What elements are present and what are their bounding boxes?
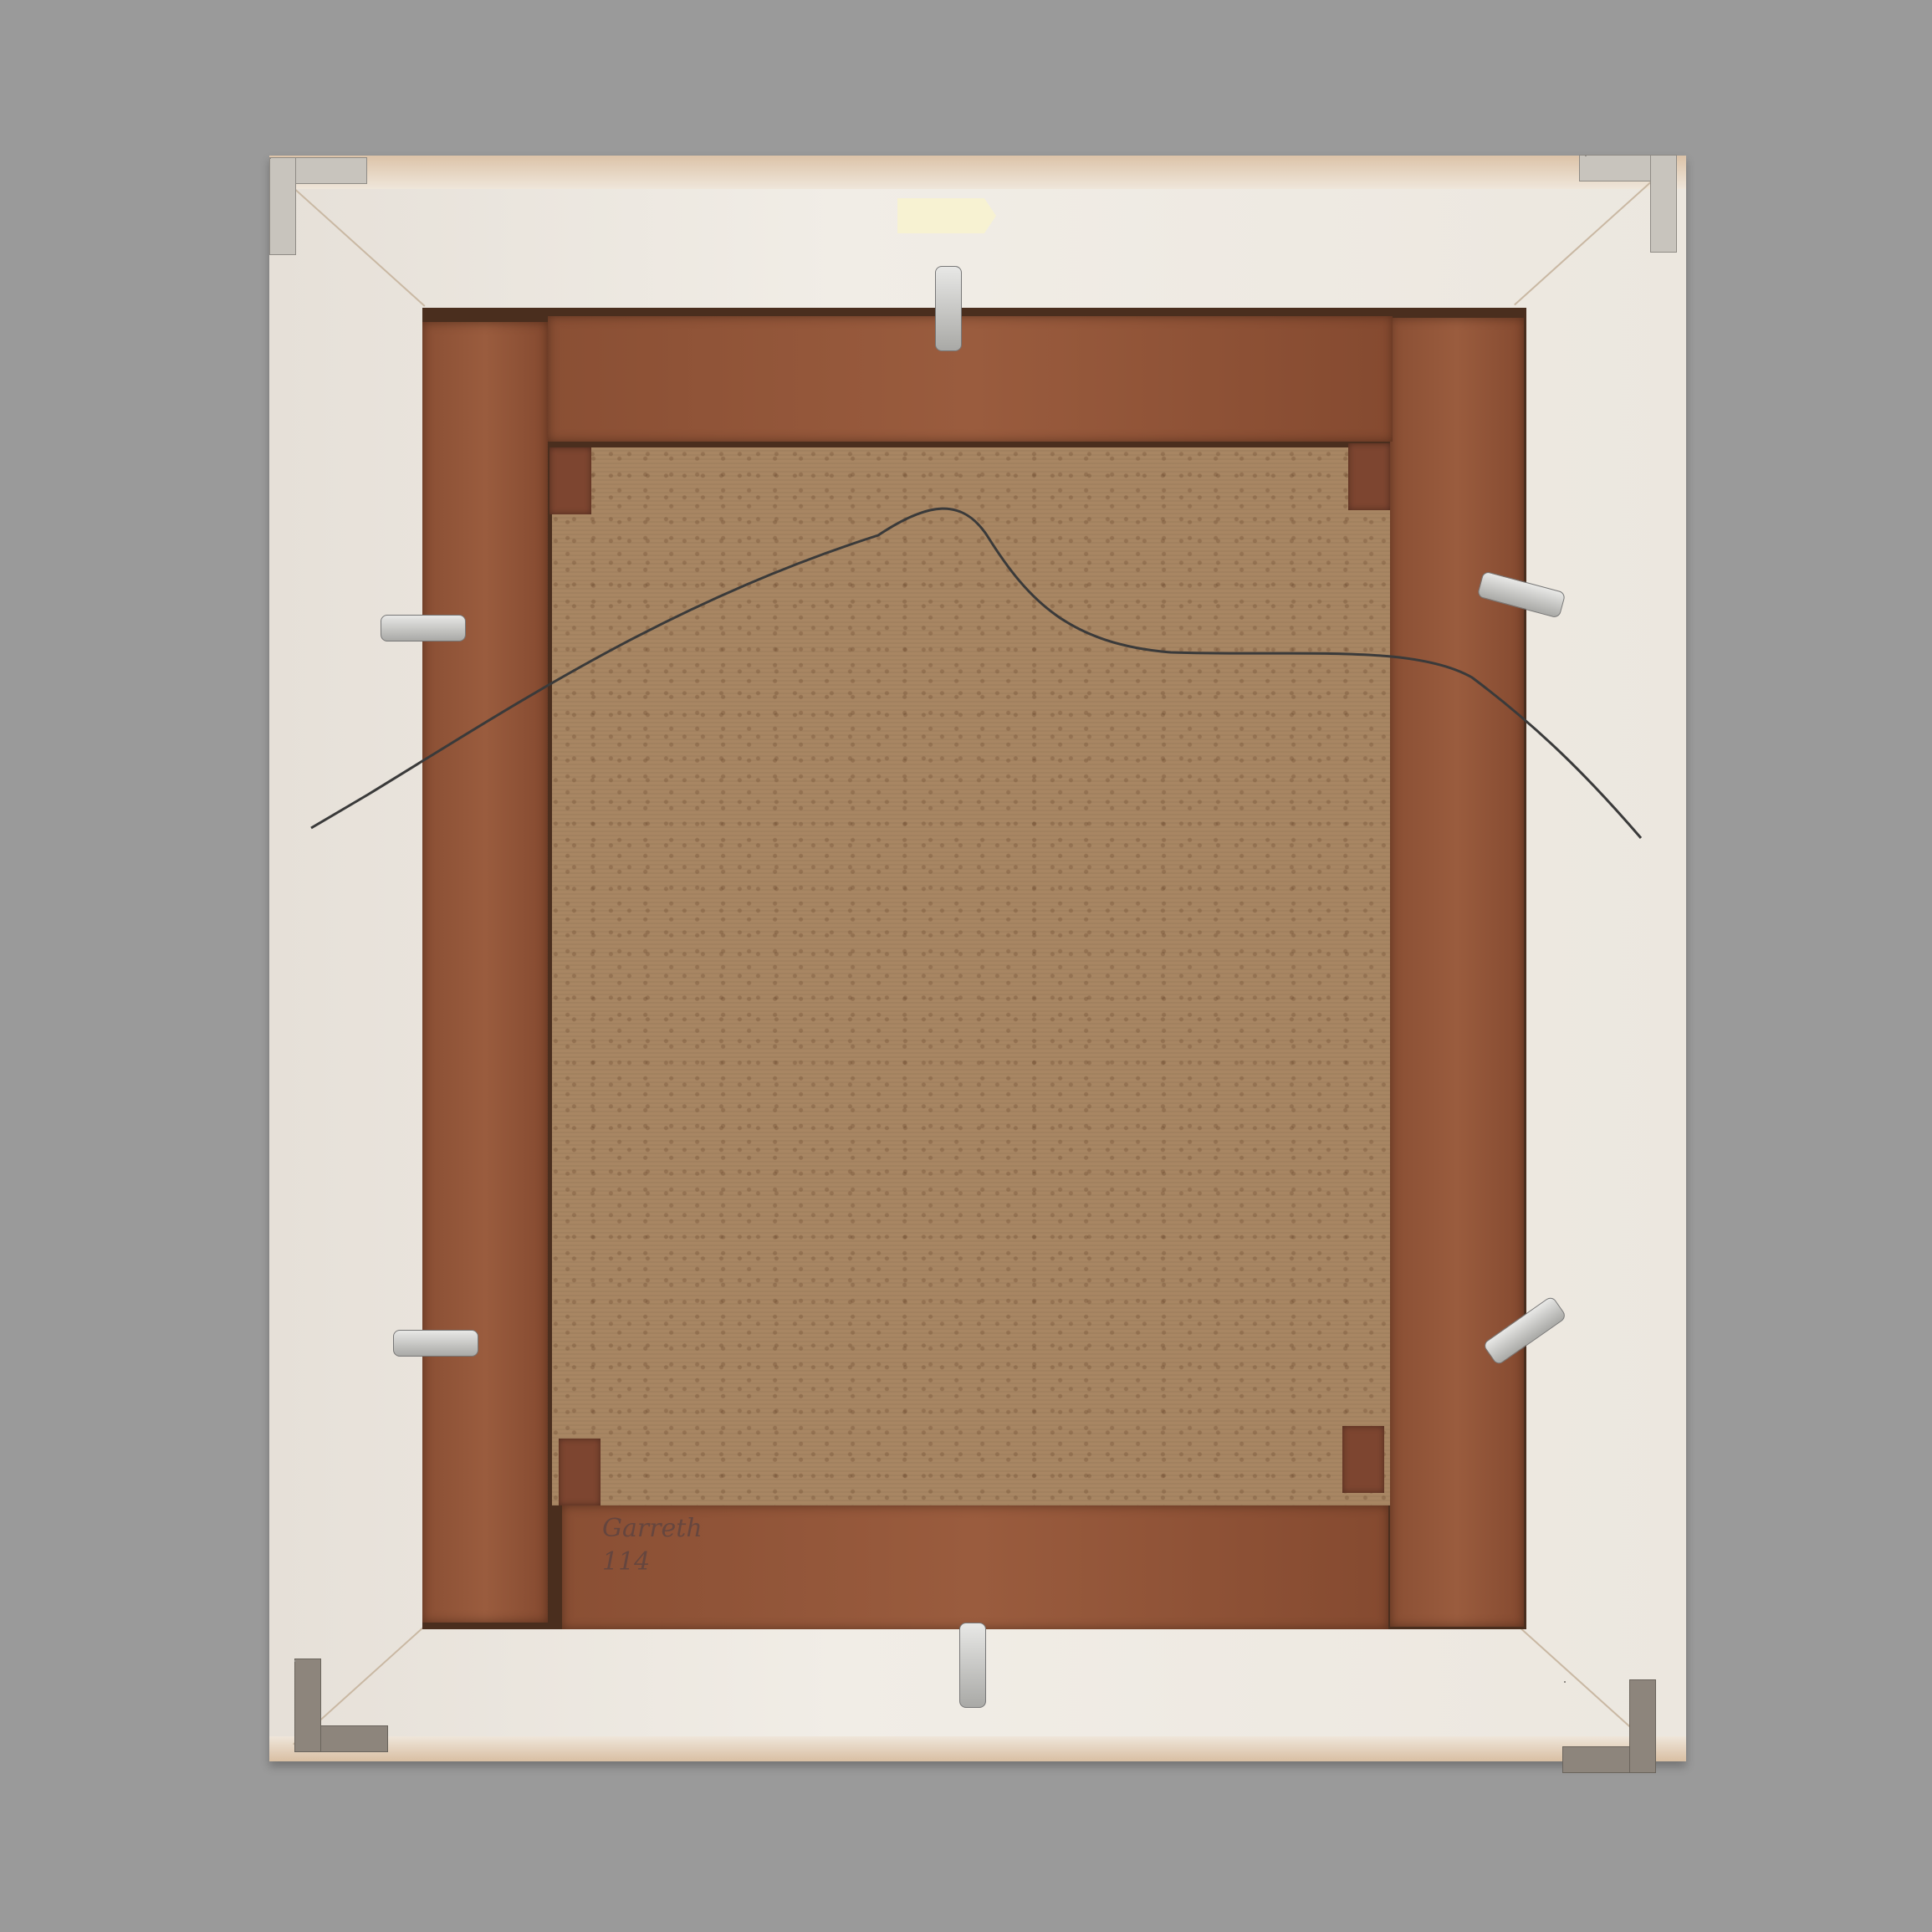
hanging-wire <box>0 0 1932 1932</box>
